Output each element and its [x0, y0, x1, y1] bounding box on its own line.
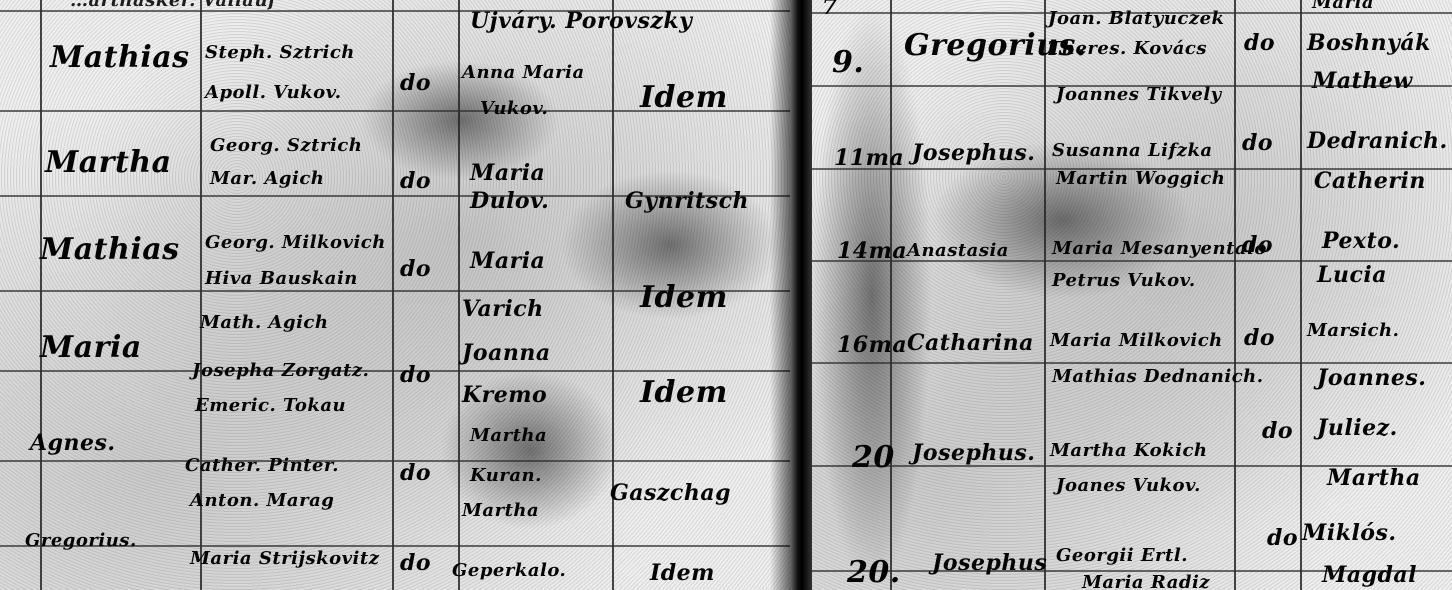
sponsor-name: Joanes Vukov. [1056, 475, 1201, 496]
parent-name: Pexto. [1322, 228, 1400, 254]
top-fragment-date: 7 [822, 0, 838, 20]
child-name: Agnes. [30, 430, 116, 456]
note: Idem [640, 375, 728, 410]
row-rule [0, 370, 790, 372]
page-edge-shadow [770, 0, 790, 590]
sponsor-name: Maria Milkovich [1050, 330, 1223, 351]
sponsor-name: Maria Mesanyentalo [1052, 238, 1267, 259]
row-rule [0, 460, 790, 462]
sponsor-name: Hiva Bauskain [205, 268, 358, 289]
mother-surname: Kuran. [470, 465, 542, 486]
sponsor-name: Georg. Milkovich [205, 232, 386, 253]
child-name: Catharina [907, 330, 1034, 356]
sponsor-name: Georg. Sztrich [210, 135, 362, 156]
book-gutter [790, 0, 812, 590]
date: 20 [852, 440, 895, 475]
status-mark: do [1244, 325, 1275, 351]
column-rule [890, 0, 892, 590]
sponsor-name: Martin Woggich [1056, 168, 1225, 189]
mother-surname: Varich [462, 296, 544, 322]
child-name: Josephus. [912, 440, 1035, 466]
column-rule [1044, 0, 1046, 590]
sponsor-name: Maria Radiz [1082, 572, 1210, 590]
note: Gaszchag [610, 480, 731, 506]
status-mark: do [1267, 525, 1298, 551]
status-mark: do [1242, 130, 1273, 156]
left-page: …arthasker. Vallauf Ujváry. Porovszky Ma… [0, 0, 790, 590]
mother-name: Maria [470, 248, 545, 274]
parent-name: Joannes. [1317, 365, 1426, 391]
mother-surname: Kremo [462, 382, 547, 408]
sponsor-name: Emeric. Tokau [195, 395, 346, 416]
parent-name: Dedranich. [1307, 128, 1448, 154]
child-name: Josephus [932, 550, 1047, 576]
status-mark: do [400, 168, 431, 194]
child-name: Maria [40, 330, 142, 365]
parent-name: Marsich. [1307, 320, 1399, 341]
child-name: Gregorius. [25, 530, 137, 551]
mother-name: Anna Maria [462, 62, 585, 83]
note: Idem [640, 280, 728, 315]
status-mark: do [400, 70, 431, 96]
date: 11ma [834, 145, 904, 171]
status-mark: do [1242, 232, 1273, 258]
parent-name: Juliez. [1317, 415, 1398, 441]
sponsor-name: Georgii Ertl. [1056, 545, 1188, 566]
note: Idem [640, 80, 728, 115]
sponsor-name: Theres. Kovács [1048, 38, 1207, 59]
status-mark: do [400, 550, 431, 576]
status-mark: do [400, 460, 431, 486]
sponsor-name: Cather. Pinter. [185, 455, 339, 476]
date: 14ma [837, 238, 907, 264]
status-mark: do [400, 362, 431, 388]
sponsor-name: Martha Kokich [1050, 440, 1208, 461]
note: Gynritsch [625, 188, 749, 214]
date: 9. [832, 45, 864, 80]
date: 16ma [837, 332, 907, 358]
top-fragment-mother: Ujváry. Porovszky [470, 8, 692, 34]
right-page: 7 Maria 9. Gregorius. Joan. Blatyuczek T… [812, 0, 1452, 590]
mother-name: Maria [470, 160, 545, 186]
column-rule [40, 0, 42, 590]
ink-smudge [812, 0, 932, 590]
parent-name: Magdal [1322, 562, 1417, 588]
top-fragment-parent: Maria [1312, 0, 1374, 13]
sponsor-name: Petrus Vukov. [1052, 270, 1196, 291]
child-name: Martha [45, 145, 172, 180]
sponsor-name: Apoll. Vukov. [205, 82, 342, 103]
status-mark: do [1244, 30, 1275, 56]
parent-name: Boshnyák [1307, 30, 1431, 56]
sponsor-name: Susanna Lifzka [1052, 140, 1213, 161]
sponsor-name: Joan. Blatyuczek [1048, 8, 1225, 29]
parent-name: Miklós. [1302, 520, 1397, 546]
parent-name: Lucia [1317, 262, 1387, 288]
mother-name: Martha [470, 425, 547, 446]
sponsor-name: Steph. Sztrich [205, 42, 355, 63]
child-name: Mathias [40, 232, 180, 267]
row-rule [812, 362, 1452, 364]
column-rule [1300, 0, 1302, 590]
status-mark: do [1262, 418, 1293, 444]
sponsor-name: Math. Agich [200, 312, 328, 333]
column-rule [1234, 0, 1236, 590]
child-name: Mathias [50, 40, 190, 75]
date: 20. [847, 555, 901, 590]
sponsor-name: Maria Strijskovitz [190, 548, 379, 569]
mother-name: Joanna [462, 340, 551, 366]
child-name: Josephus. [912, 140, 1035, 166]
mother-surname: Geperkalo. [452, 560, 566, 581]
mother-name: Martha [462, 500, 539, 521]
note: Idem [650, 560, 715, 586]
parent-name: Catherin [1314, 168, 1426, 194]
column-rule [458, 0, 460, 590]
status-mark: do [400, 256, 431, 282]
mother-surname: Vukov. [480, 98, 548, 119]
sponsor-name: Joannes Tikvely [1056, 84, 1222, 105]
sponsor-name: Anton. Marag [190, 490, 334, 511]
child-name: Anastasia [907, 240, 1009, 261]
parent-name: Mathew [1312, 68, 1413, 94]
top-fragment-sponsor: …arthasker. Vallauf [70, 0, 276, 11]
mother-surname: Dulov. [470, 188, 549, 214]
sponsor-name: Josepha Zorgatz. [192, 360, 369, 381]
parent-name: Martha [1327, 465, 1421, 491]
sponsor-name: Mathias Dednanich. [1052, 366, 1264, 387]
sponsor-name: Mar. Agich [210, 168, 324, 189]
column-rule [392, 0, 394, 590]
